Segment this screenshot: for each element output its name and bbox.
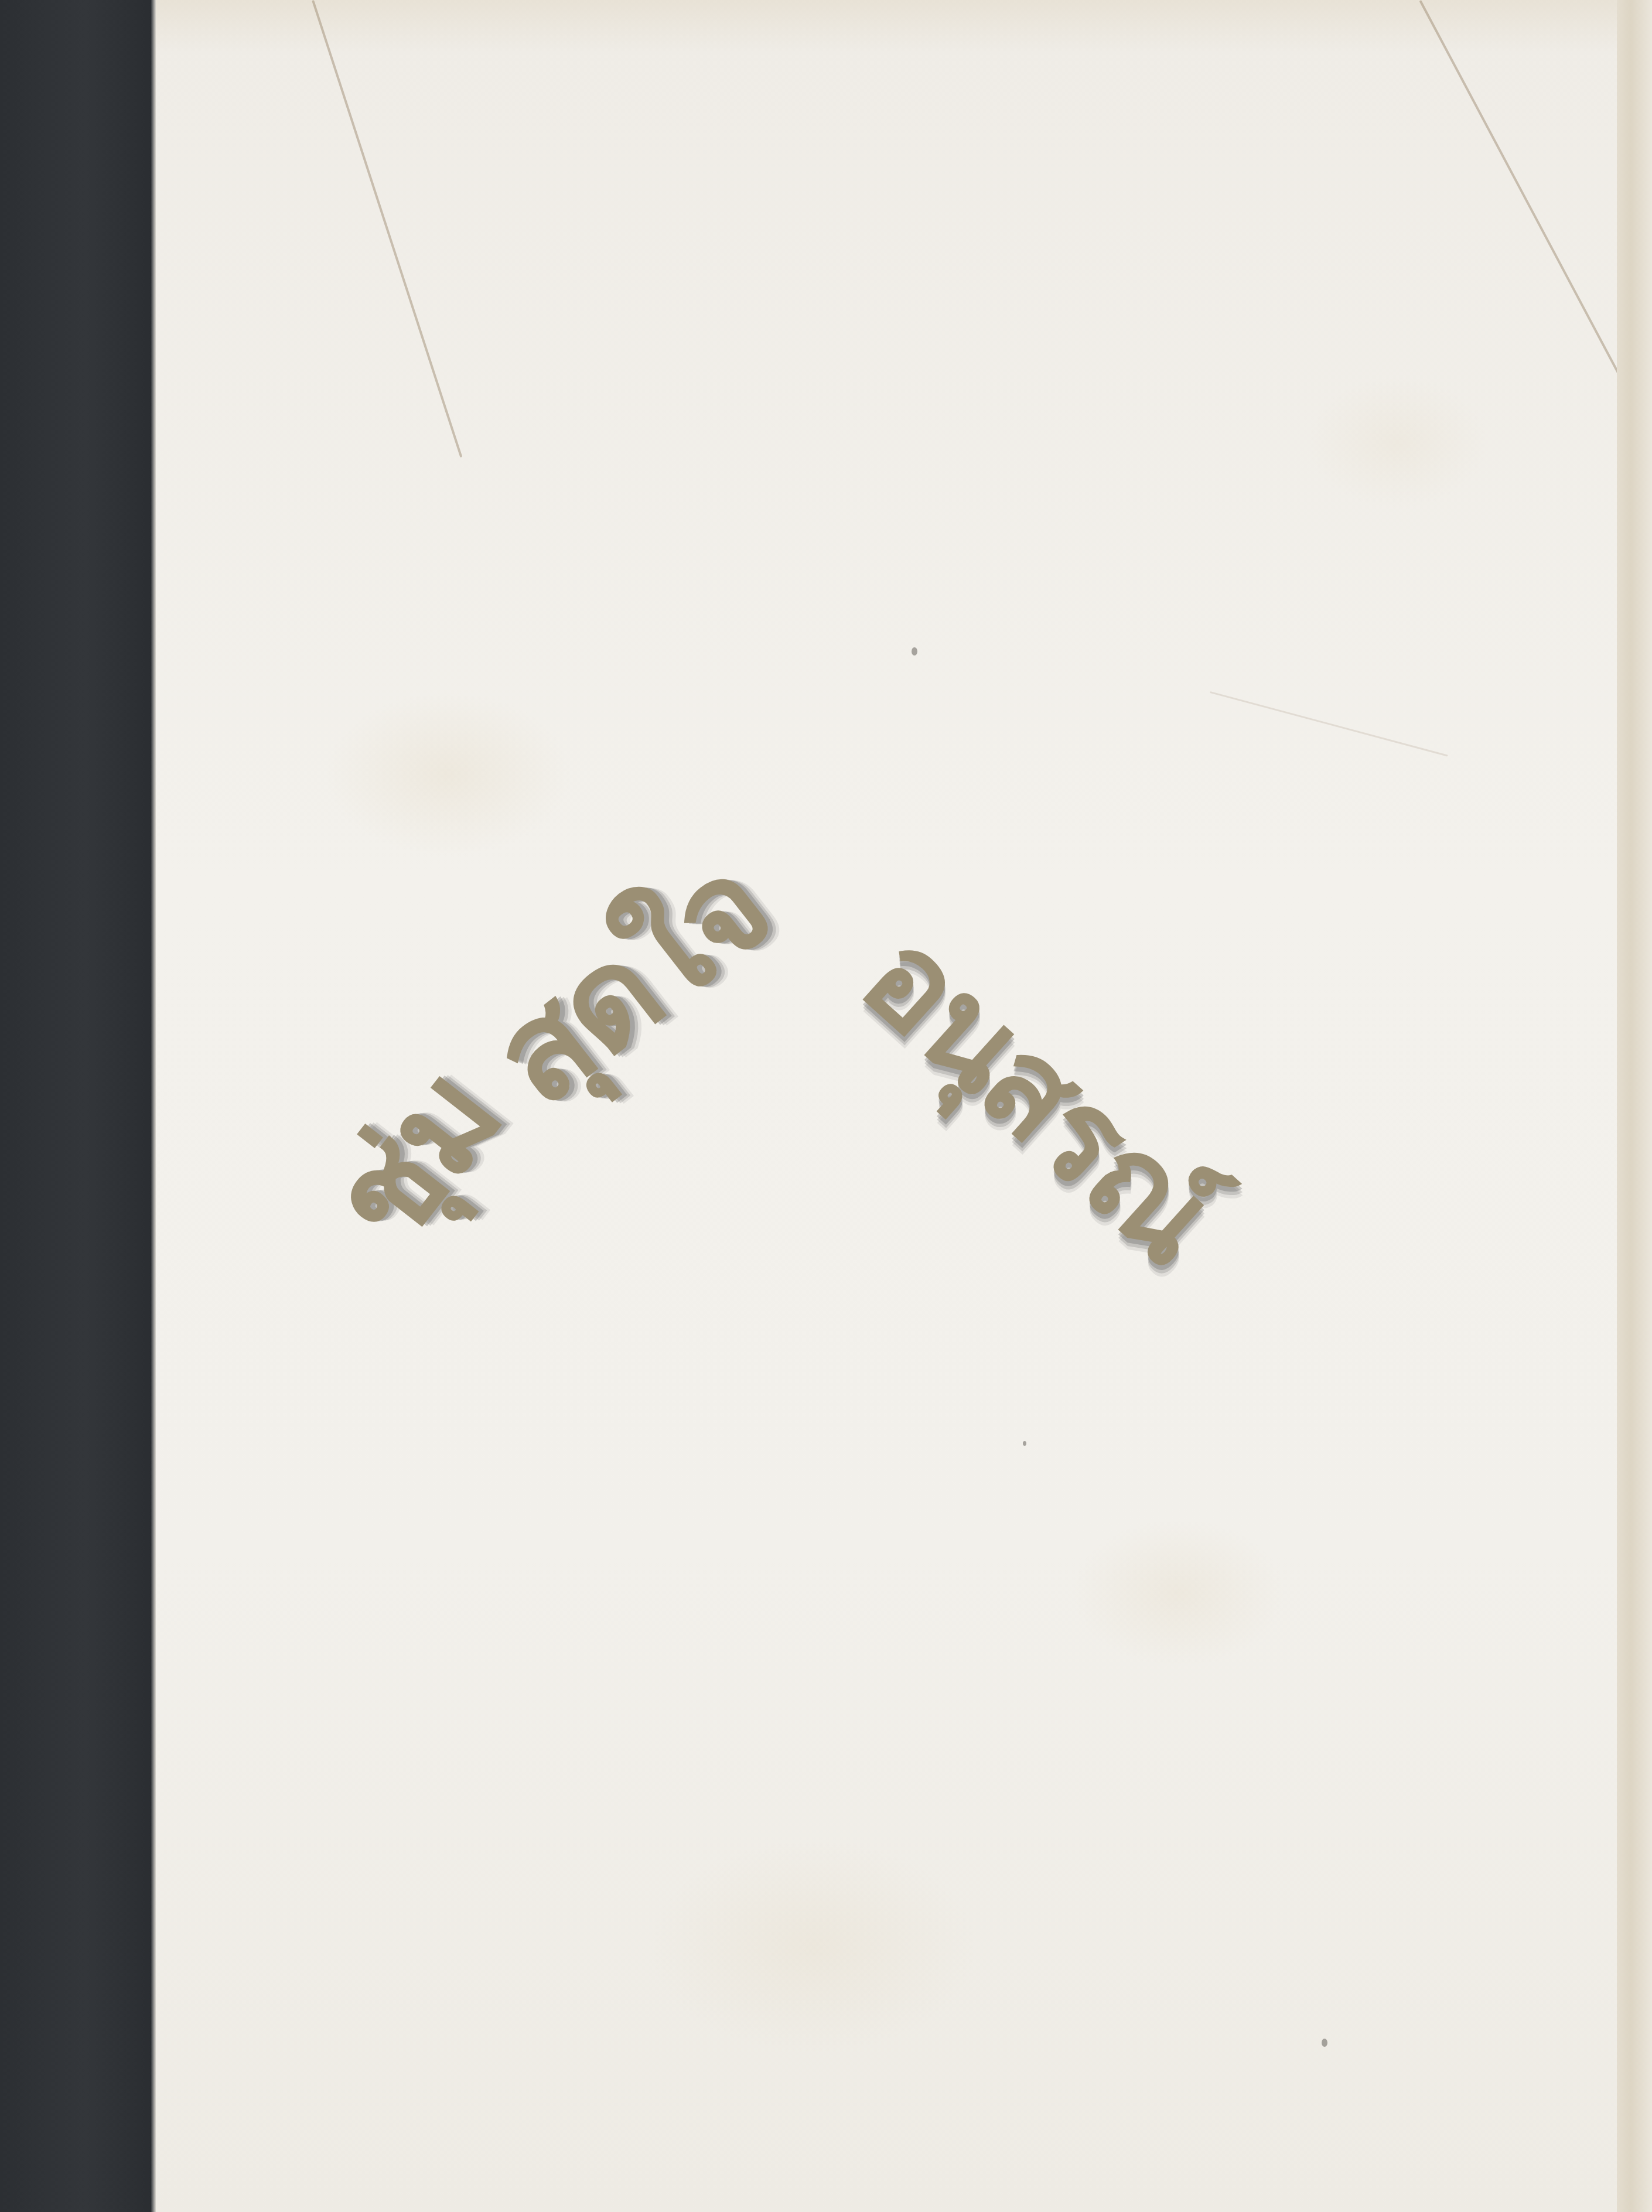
crease-middle [1210, 691, 1448, 757]
book-spine [0, 0, 155, 2212]
cover-top-wear [156, 0, 1617, 53]
crease-left [312, 0, 462, 458]
stain-spot [1023, 1441, 1026, 1446]
stain-spot [912, 647, 917, 656]
stain-spot [1322, 2039, 1327, 2047]
book-cover [156, 0, 1617, 2212]
page-edge [1617, 0, 1652, 2212]
spine-edge [151, 0, 156, 2212]
